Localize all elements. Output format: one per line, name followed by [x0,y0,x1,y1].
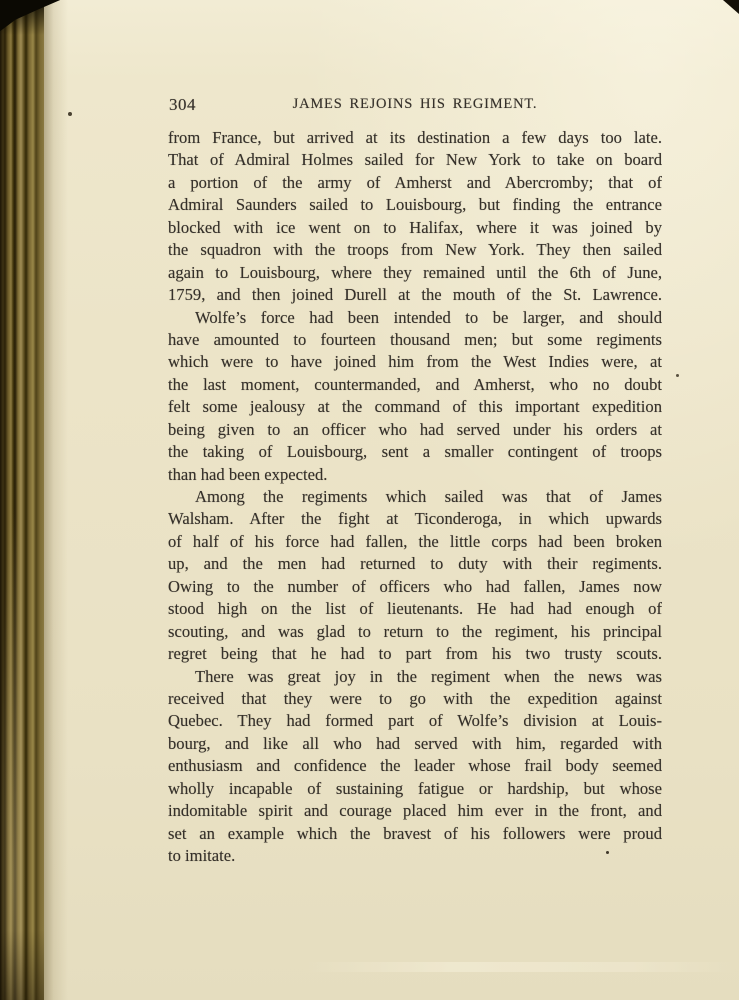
text-line: of half of his force had fallen, the lit… [168,531,662,553]
text-line: set an example which the bravest of his … [168,823,662,845]
text-line: enthusiasm and confidence the leader who… [168,755,662,777]
text-line: from France, but arrived at its destinat… [168,127,662,149]
text-line: Owing to the number of officers who had … [168,576,662,598]
text-line: blocked with ice went on to Halifax, whe… [168,217,662,239]
page-speck [676,374,679,377]
text-line: felt some jealousy at the command of thi… [168,396,662,418]
book-page-scan: 304 JAMES REJOINS HIS REGIMENT. from Fra… [0,0,739,1000]
text-line: again to Louisbourg, where they remained… [168,262,662,284]
text-line: bourg, and like all who had served with … [168,733,662,755]
binding-page-edges [0,0,44,1000]
text-line: Wolfe’s force had been intended to be la… [168,307,662,329]
text-line: regret being that he had to part from hi… [168,643,662,665]
page-body-text: from France, but arrived at its destinat… [168,127,662,867]
text-line: 1759, and then joined Durell at the mout… [168,284,662,306]
dark-corner-top-right [723,0,739,14]
text-line: wholly incapable of sustaining fatigue o… [168,778,662,800]
text-line: up, and the men had returned to duty wit… [168,553,662,575]
running-header: JAMES REJOINS HIS REGIMENT. [168,95,662,113]
text-line: received that they were to go with the e… [168,688,662,710]
text-line: stood high on the list of lieutenants. H… [168,598,662,620]
page-content-column: 304 JAMES REJOINS HIS REGIMENT. from Fra… [168,0,662,1000]
text-line: which were to have joined him from the W… [168,351,662,373]
paragraph: Wolfe’s force had been intended to be la… [168,307,662,487]
page-speck [68,112,72,116]
text-line: to imitate. [168,845,662,867]
text-line: scouting, and was glad to return to the … [168,621,662,643]
text-line: Admiral Saunders sailed to Louisbourg, b… [168,194,662,216]
text-line: the last moment, countermanded, and Amhe… [168,374,662,396]
page-number: 304 [169,95,196,115]
paragraph: from France, but arrived at its destinat… [168,127,662,307]
text-line: the squadron with the troops from New Yo… [168,239,662,261]
text-line: Quebec. They had formed part of Wolfe’s … [168,710,662,732]
text-line: being given to an officer who had served… [168,419,662,441]
text-line: the taking of Louisbourg, sent a smaller… [168,441,662,463]
text-line: than had been expected. [168,464,662,486]
text-line: indomitable spirit and courage placed hi… [168,800,662,822]
paragraph: There was great joy in the regiment when… [168,666,662,868]
text-line: That of Admiral Holmes sailed for New Yo… [168,149,662,171]
text-line: a portion of the army of Amherst and Abe… [168,172,662,194]
page-seam-shadow [44,0,68,1000]
text-line: have amounted to fourteen thousand men; … [168,329,662,351]
paragraph: Among the regiments which sailed was tha… [168,486,662,666]
page-speck [606,851,609,854]
text-line: There was great joy in the regiment when… [168,666,662,688]
page-header-row: 304 JAMES REJOINS HIS REGIMENT. [168,95,662,113]
text-line: Among the regiments which sailed was tha… [168,486,662,508]
scan-streak [300,962,739,972]
text-line: Walsham. After the fight at Ticonderoga,… [168,508,662,530]
